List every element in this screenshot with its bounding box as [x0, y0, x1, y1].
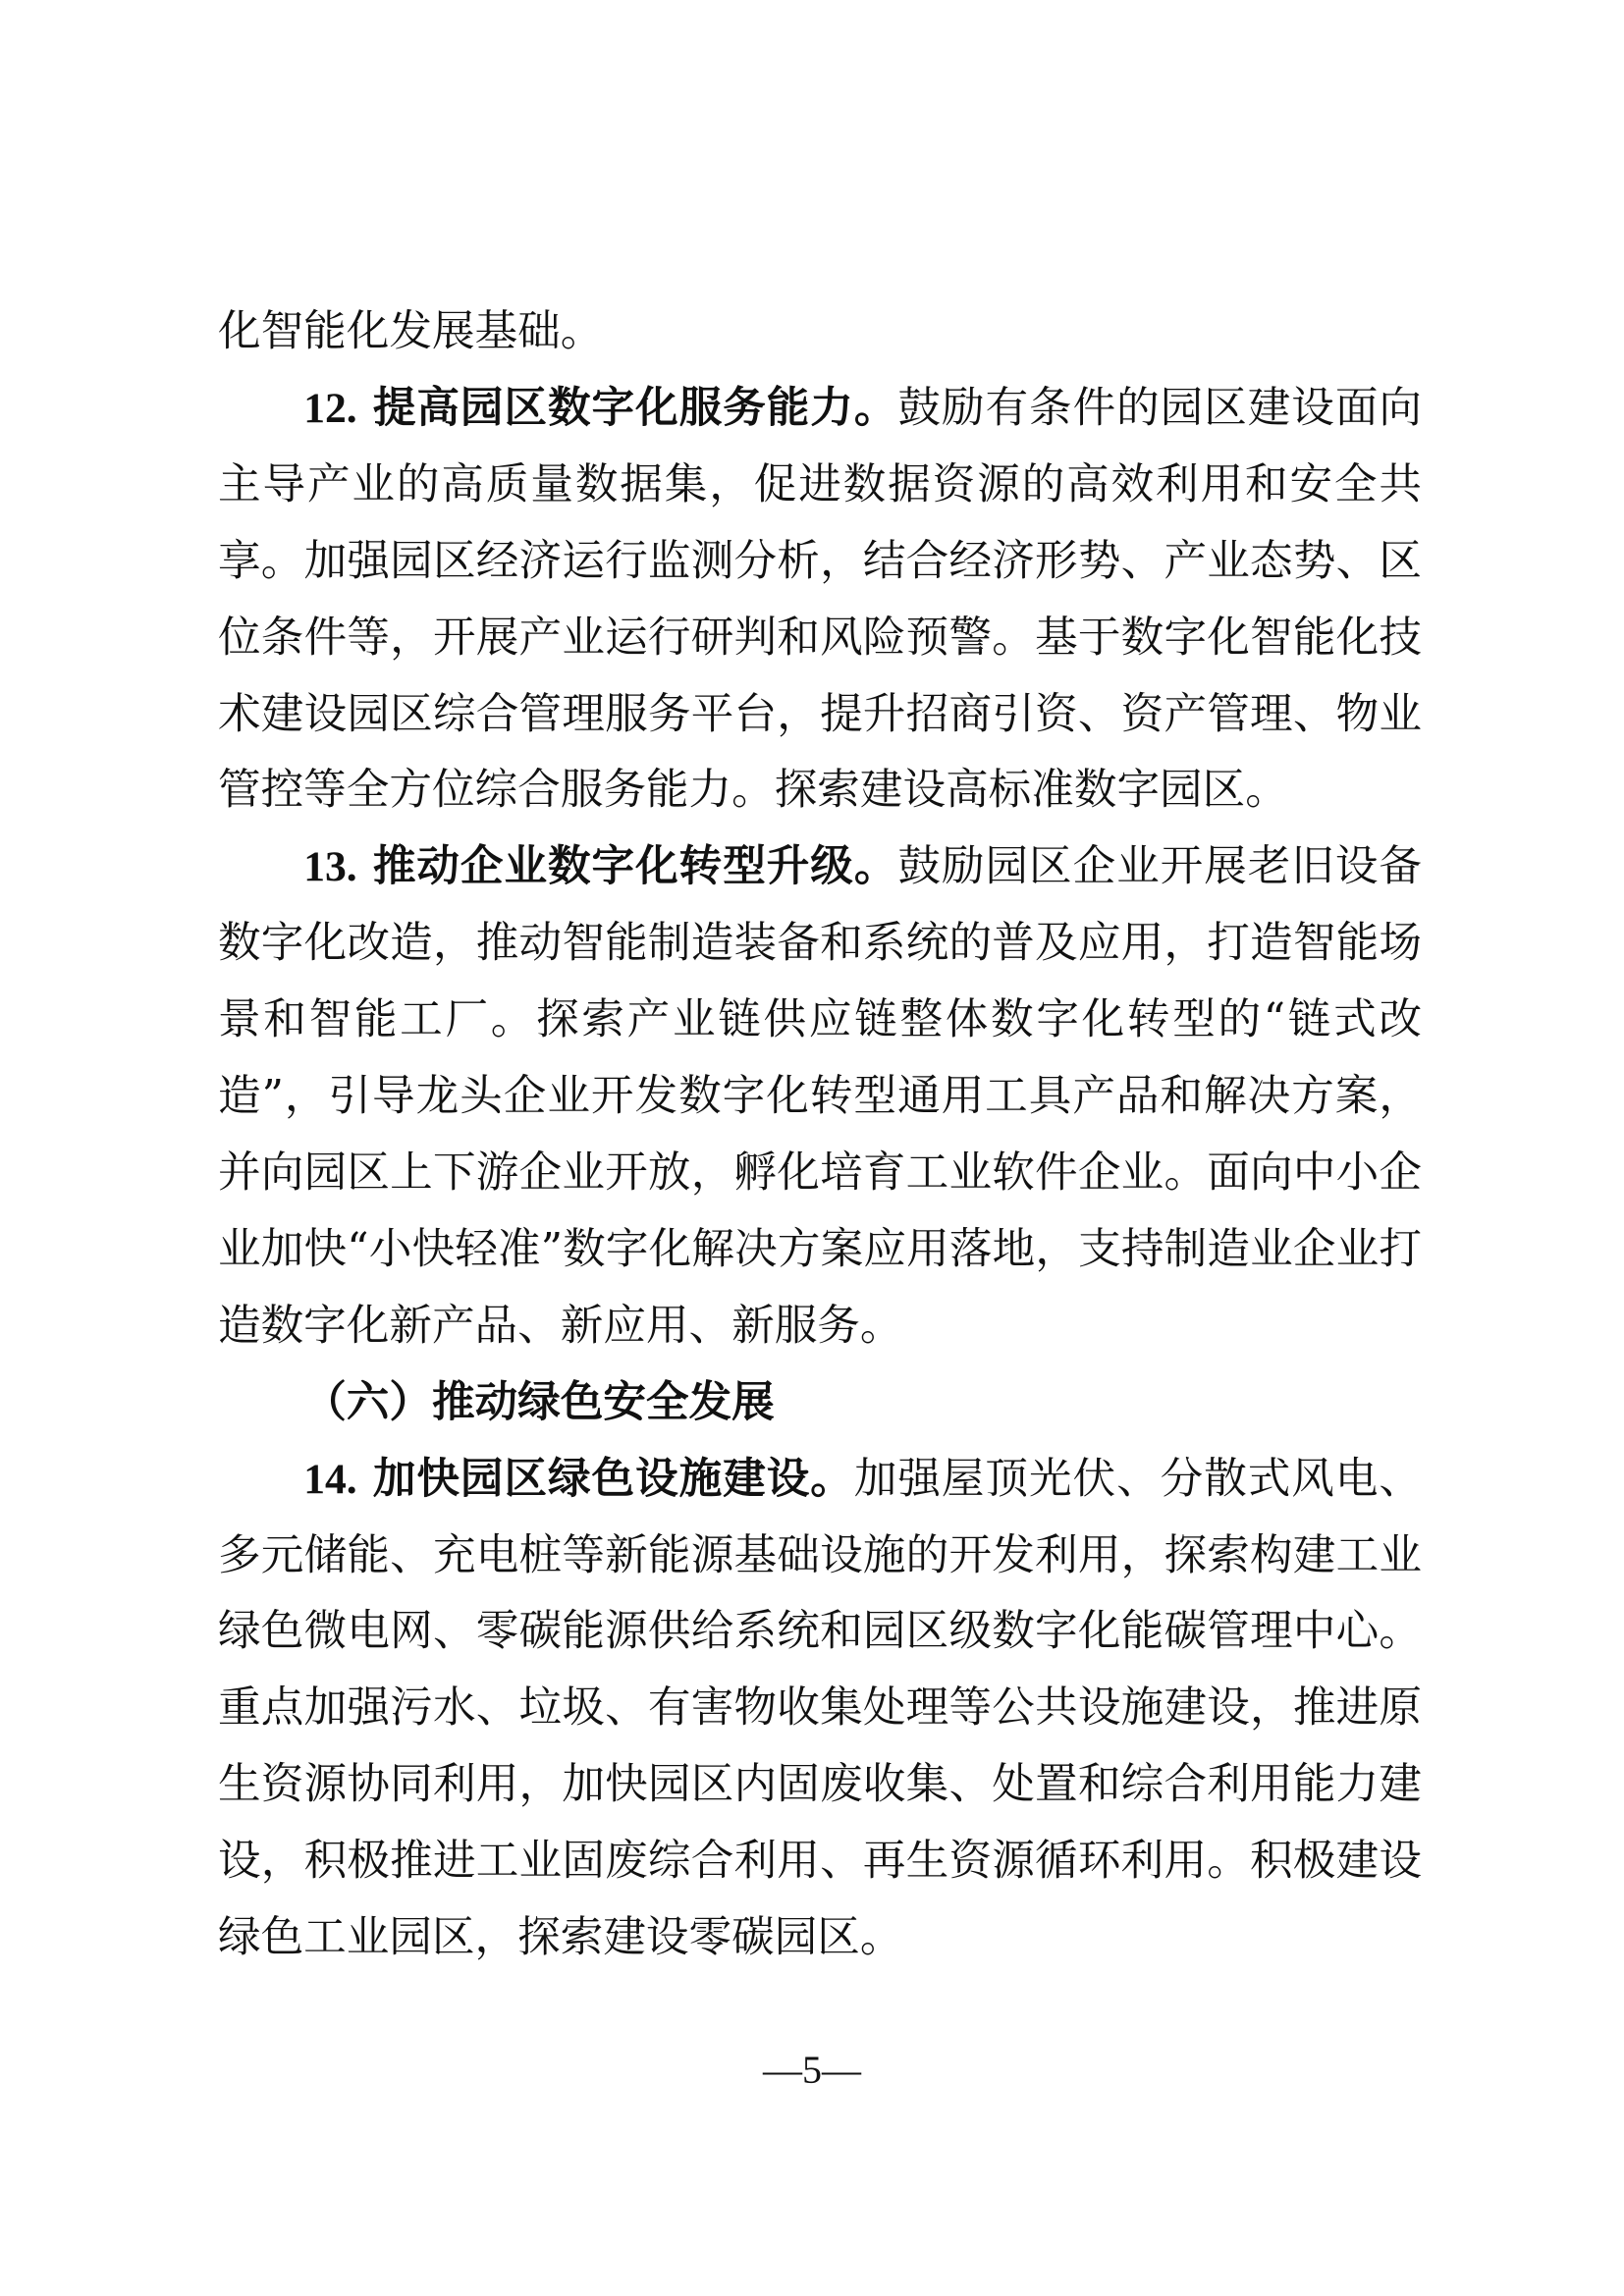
paragraph-14: 14. 加快园区绿色设施建设。加强屋顶光伏、分散式风电、多元储能、充电桩等新能源…	[218, 1442, 1422, 1977]
paragraph-13-number: 13.	[303, 843, 357, 890]
paragraph-12: 12. 提高园区数字化服务能力。鼓励有条件的园区建设面向主导产业的高质量数据集，…	[218, 371, 1422, 829]
body-text: 化智能化发展基础。 12. 提高园区数字化服务能力。鼓励有条件的园区建设面向主导…	[218, 294, 1422, 1977]
section-heading: （六）推动绿色安全发展	[218, 1365, 1422, 1442]
paragraph-12-body: 鼓励有条件的园区建设面向主导产业的高质量数据集，促进数据资源的高效利用和安全共享…	[218, 384, 1422, 816]
paragraph-13-lead: 13. 推动企业数字化转型升级。	[303, 842, 897, 891]
paragraph-14-title: 加快园区绿色设施建设。	[373, 1455, 854, 1504]
paragraph-14-lead: 14. 加快园区绿色设施建设。	[303, 1455, 854, 1504]
paragraph-13-title: 推动企业数字化转型升级。	[373, 842, 898, 891]
paragraph-12-lead: 12. 提高园区数字化服务能力。	[303, 384, 897, 433]
continuation-paragraph: 化智能化发展基础。	[218, 294, 1422, 371]
document-page: 化智能化发展基础。 12. 提高园区数字化服务能力。鼓励有条件的园区建设面向主导…	[0, 0, 1624, 2296]
paragraph-14-body: 加强屋顶光伏、分散式风电、多元储能、充电桩等新能源基础设施的开发利用，探索构建工…	[218, 1455, 1422, 1962]
paragraph-13: 13. 推动企业数字化转型升级。鼓励园区企业开展老旧设备数字化改造，推动智能制造…	[218, 829, 1422, 1364]
paragraph-14-number: 14.	[303, 1456, 357, 1503]
paragraph-12-title: 提高园区数字化服务能力。	[373, 384, 898, 433]
paragraph-12-number: 12.	[303, 385, 357, 432]
continuation-text: 化智能化发展基础。	[218, 307, 603, 356]
paragraph-13-body: 鼓励园区企业开展老旧设备数字化改造，推动智能制造装备和系统的普及应用，打造智能场…	[218, 842, 1422, 1350]
page-number: —5—	[0, 2046, 1624, 2095]
